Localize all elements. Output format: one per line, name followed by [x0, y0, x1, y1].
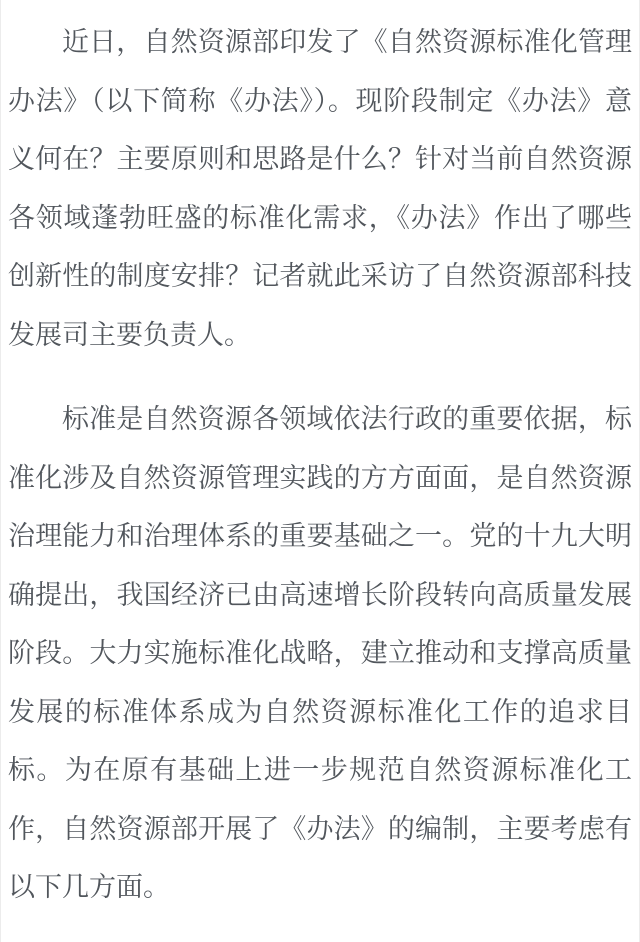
article-body: 近日，自然资源部印发了《自然资源标准化管理办法》（以下简称《办法》）。现阶段制定… [0, 0, 640, 942]
article-paragraph-intro: 近日，自然资源部印发了《自然资源标准化管理办法》（以下简称《办法》）。现阶段制定… [8, 13, 632, 364]
article-paragraph-background: 标准是自然资源各领域依法行政的重要依据，标准化涉及自然资源管理实践的方方面面，是… [8, 390, 632, 917]
